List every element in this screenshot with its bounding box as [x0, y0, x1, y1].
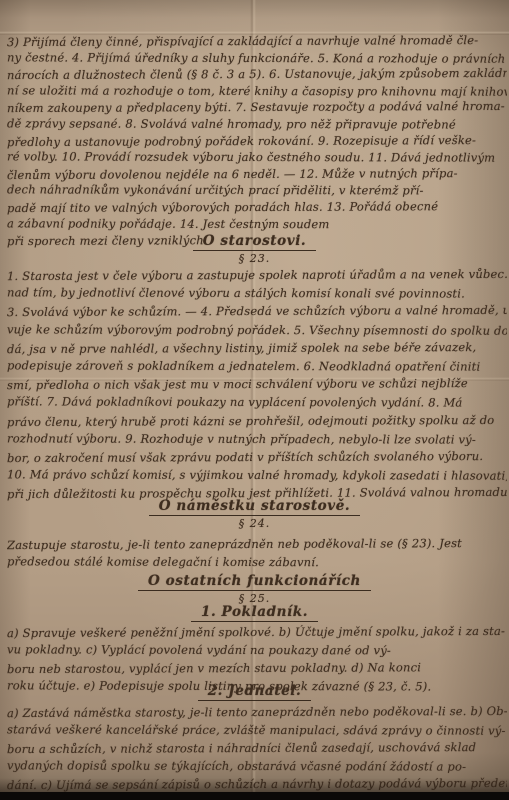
paragraph-namestek-duties: Zastupuje starostu, je-li tento zanepráz…	[7, 535, 507, 571]
section-number-23: § 23.	[0, 252, 509, 265]
paper-bottom-shadow	[0, 778, 509, 792]
manuscript-line: nad tím, by jednotliví členové výboru a …	[7, 284, 507, 304]
section-number-24: § 24.	[0, 517, 509, 530]
manuscript-photo: 3) Přijímá členy činné, přispívající a z…	[0, 0, 509, 800]
section-heading-starosta-text: O starostovi.	[193, 233, 316, 251]
manuscript-line: 10. Má právo schůzí komisí, s výjimkou v…	[7, 466, 507, 486]
manuscript-line: vydaných dopisů spolku se týkajících, ob…	[7, 756, 507, 775]
manuscript-line: Zastupuje starostu, je-li tento zanepráz…	[7, 534, 507, 554]
manuscript-line: rozhodnutí výboru. 9. Rozhoduje v nutnýc…	[7, 429, 507, 449]
section-heading-funkcionari: O ostatních funkcionářích	[0, 573, 509, 591]
manuscript-line: padě mají tito ve valných výborových por…	[7, 198, 507, 217]
paragraph-committee-duties: 3) Přijímá členy činné, přispívající a z…	[7, 33, 507, 249]
manuscript-line: smí, předloha o nich však jest mu v moci…	[7, 374, 507, 394]
section-heading-namestek-text: O náměstku starostově.	[149, 498, 360, 516]
manuscript-line: dě zprávy sepsané. 8. Svolává valné hrom…	[7, 115, 507, 133]
manuscript-line: vu pokladny. c) Vyplácí povolená vydání …	[7, 640, 507, 659]
subsection-heading-jednatel-text: 2. Jednatel.	[198, 683, 312, 701]
subsection-heading-jednatel: 2. Jednatel.	[0, 683, 509, 701]
manuscript-line: a) Spravuje veškeré peněžní jmění spolko…	[7, 622, 507, 642]
manuscript-line: právo členu, který hrubě proti kázni se …	[7, 411, 507, 431]
subsection-heading-pokladnik-text: 1. Pokladník.	[191, 604, 318, 622]
manuscript-line: podepisuje zároveň s pokladníkem a jedna…	[7, 356, 507, 376]
manuscript-line: předsedou stálé komise delegační i komis…	[7, 552, 507, 571]
manuscript-line: 1. Starosta jest v čele výboru a zastupu…	[7, 265, 507, 285]
manuscript-line: níkem zakoupeny a předplaceny býti. 7. S…	[7, 98, 507, 117]
section-heading-starosta: O starostovi.	[0, 233, 509, 251]
manuscript-line: starává veškeré kancelářské práce, zvláš…	[7, 720, 507, 739]
paragraph-starosta-duties: 1. Starosta jest v čele výboru a zastupu…	[7, 266, 507, 503]
manuscript-line: nárocích a dlužnostech členů (§ 8 č. 3 a…	[7, 65, 507, 84]
manuscript-line: boru a schůzích, v nichž starosta i náhr…	[7, 738, 507, 758]
section-heading-funkcionari-text: O ostatních funkcionářích	[138, 573, 371, 591]
manuscript-line: boru neb starostou, vyplácí jen v mezích…	[7, 658, 507, 678]
manuscript-line: předlohy a ustanovuje podrobný pořádek r…	[7, 131, 507, 150]
manuscript-line: a) Zastává náměstka starosty, je-li tent…	[7, 702, 507, 722]
manuscript-line: ré volby. 10. Provádí rozsudek výboru ja…	[7, 149, 507, 167]
manuscript-line: bor, o zakročení musí však zprávu podati…	[7, 447, 507, 467]
subsection-heading-pokladnik: 1. Pokladník.	[0, 604, 509, 622]
photo-bottom-edge	[0, 792, 509, 800]
manuscript-line: 3) Přijímá členy činné, přispívající a z…	[7, 32, 507, 51]
manuscript-line: vuje ke schůzím výborovým podrobný pořád…	[7, 320, 507, 340]
manuscript-line: dech náhradníkům vykonávání určitých pra…	[7, 182, 507, 200]
section-heading-namestek: O náměstku starostově.	[0, 498, 509, 516]
manuscript-line: a zábavní podniky pořádaje. 14. Jest čes…	[7, 215, 507, 233]
manuscript-line: ny čestné. 4. Přijímá úředníky a sluhy f…	[7, 49, 507, 67]
manuscript-line: příští. 7. Dává pokladníkovi poukazy na …	[7, 393, 507, 413]
manuscript-line: dá, jsa v ně prve nahlédl, a všechny lis…	[7, 338, 507, 358]
manuscript-line: 3. Svolává výbor ke schůzím. — 4. Předse…	[7, 301, 507, 321]
